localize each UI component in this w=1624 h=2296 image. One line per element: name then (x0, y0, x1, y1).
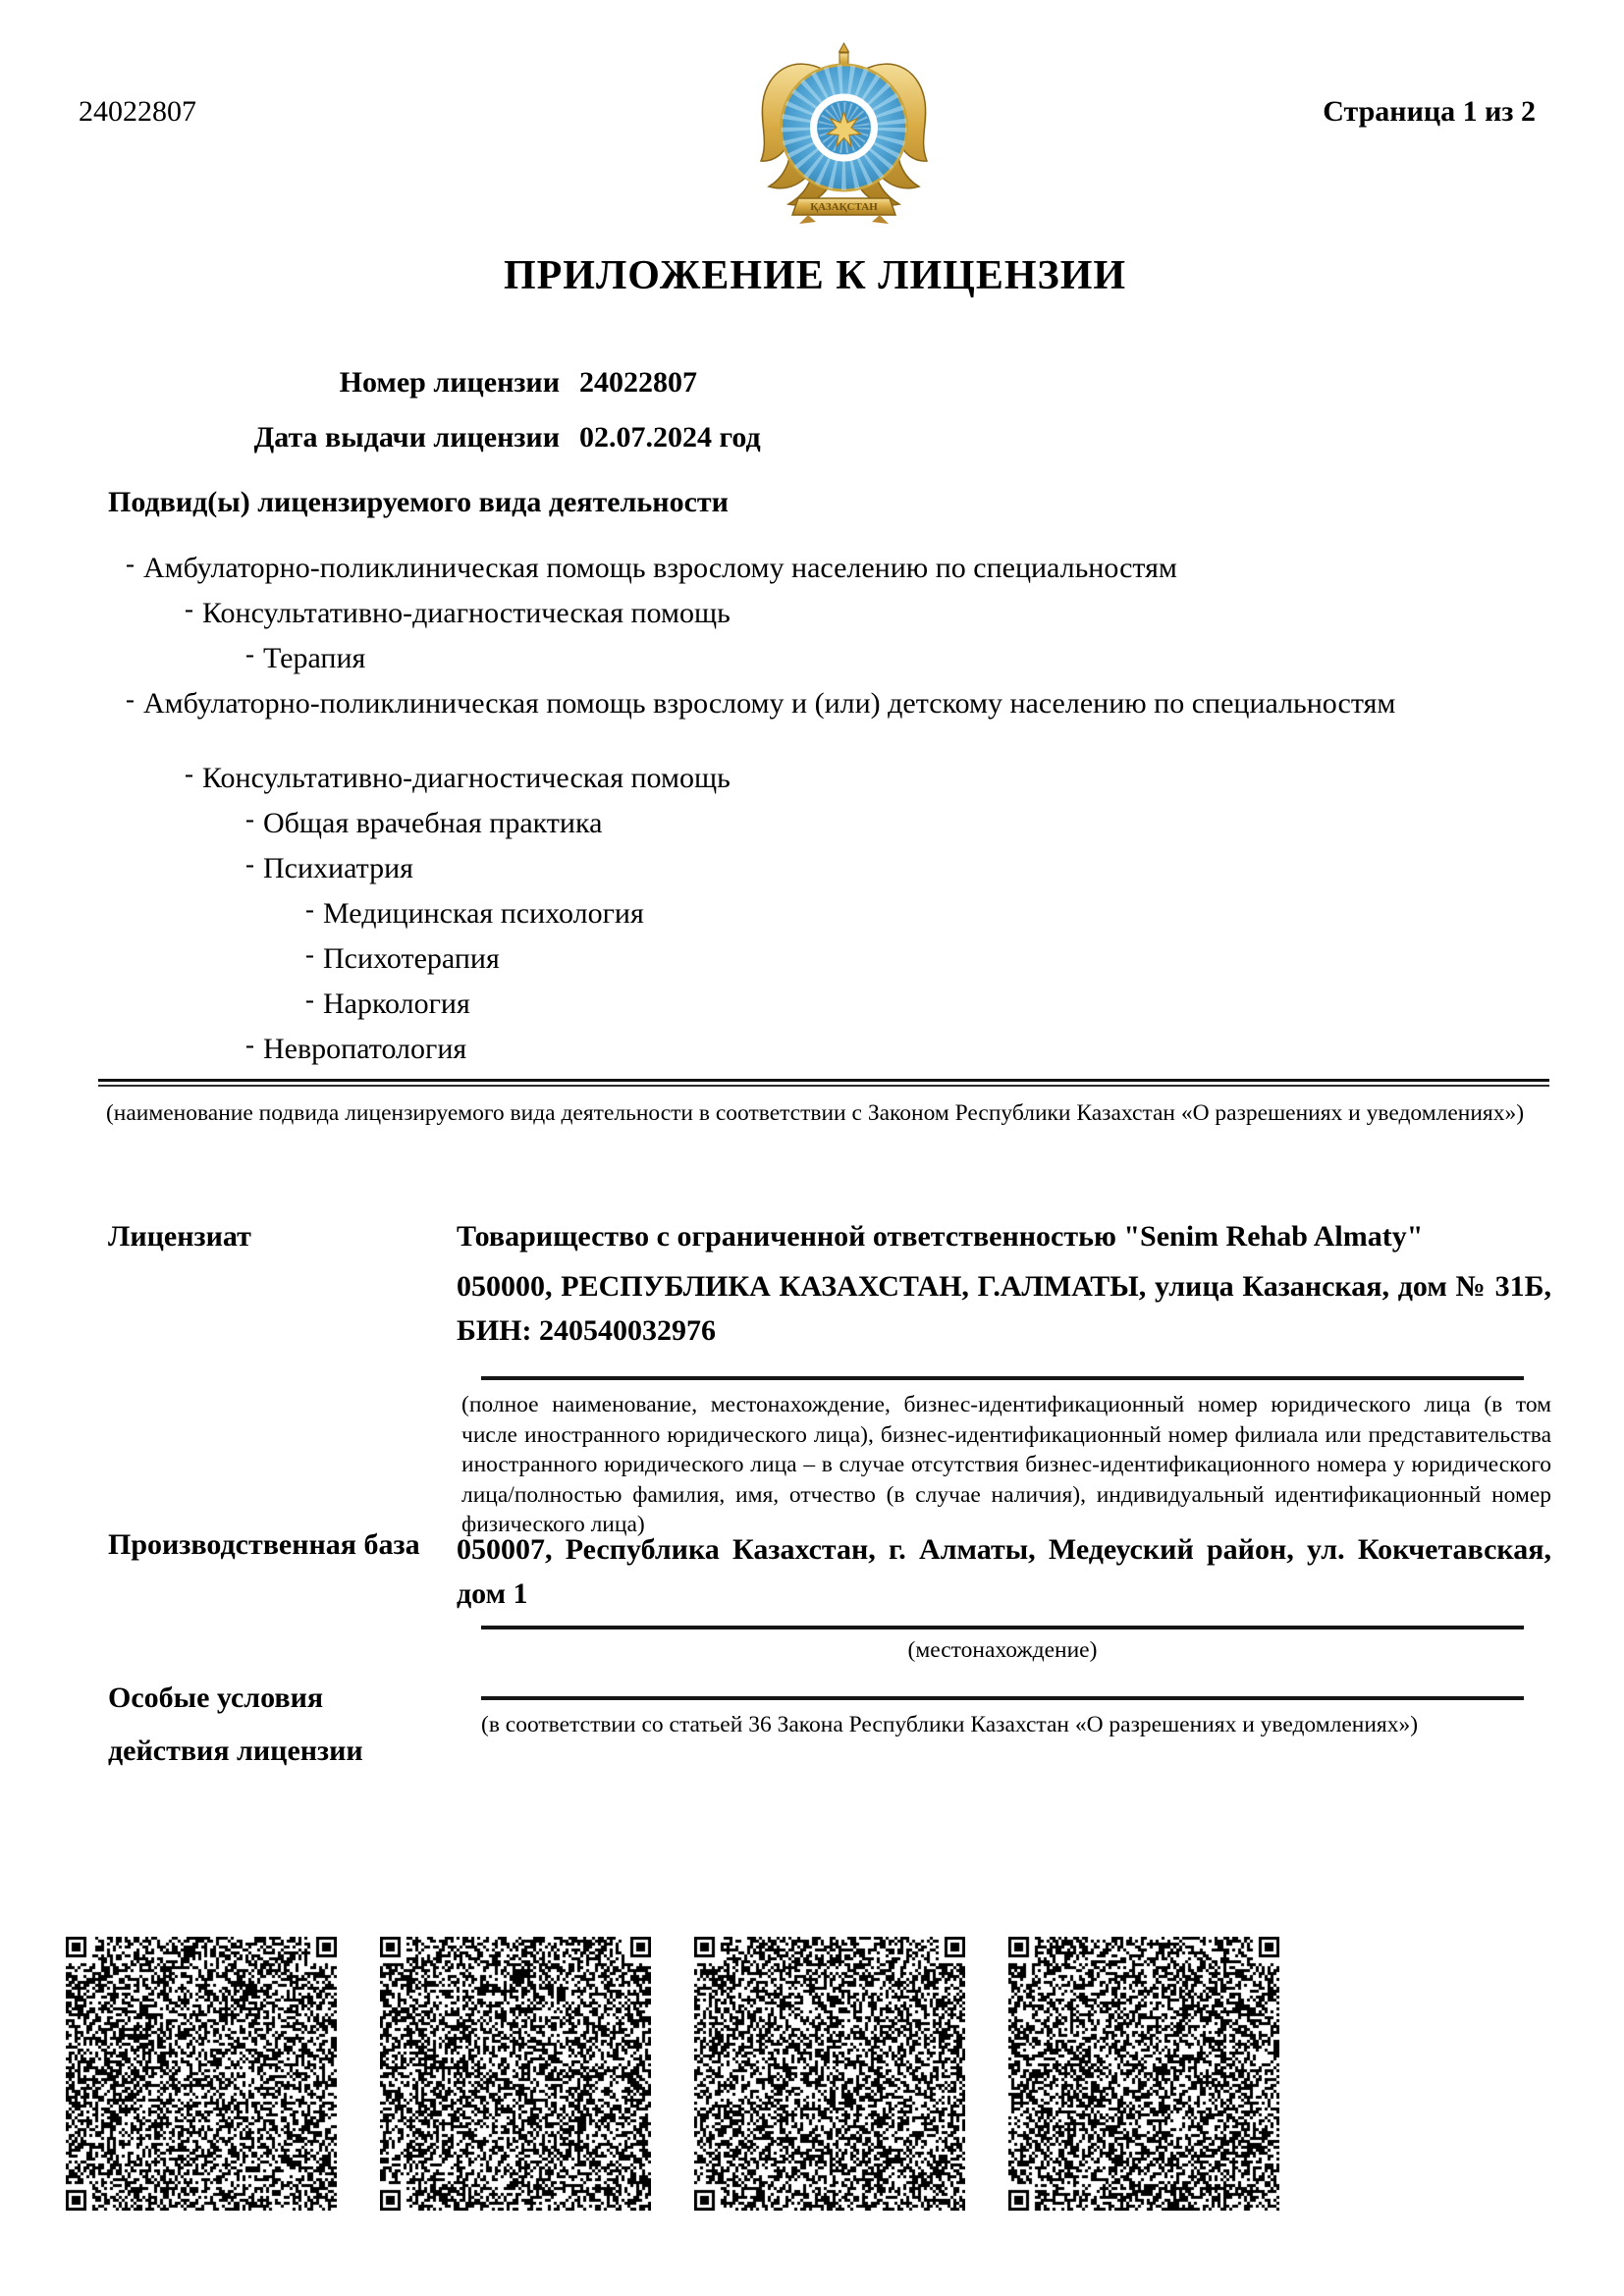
license-appendix-page: 24022807 Страница 1 из 2 (0, 0, 1624, 2296)
special-conditions-footnote: (в соответствии со статьей 36 Закона Рес… (481, 1710, 1542, 1739)
page-indicator: Страница 1 из 2 (1133, 94, 1536, 130)
dash-marker (245, 1023, 254, 1067)
document-number: 24022807 (79, 94, 196, 130)
list-item-label: Невропатология (263, 1033, 466, 1065)
list-item-label: Общая врачебная практика (263, 807, 602, 839)
qr-code-1 (66, 1937, 337, 2211)
list-item-label: Терапия (263, 642, 365, 674)
dash-marker (126, 677, 135, 721)
dash-marker (245, 797, 254, 841)
license-date-label: Дата выдачи лицензии (108, 420, 560, 455)
license-number-label: Номер лицензии (108, 365, 560, 400)
production-base-divider (481, 1626, 1524, 1629)
list-item: Консультативно-диагностическая помощь (185, 591, 1624, 636)
emblem-banner-tail-left (799, 215, 816, 224)
list-item: Терапия (245, 636, 1624, 681)
production-base-label: Производственная база (108, 1527, 432, 1563)
kazakhstan-emblem-icon: ҚАЗАҚСТАН (743, 37, 945, 226)
licensee-label: Лицензиат (108, 1219, 251, 1255)
dash-marker (245, 632, 254, 676)
special-conditions-divider (481, 1696, 1524, 1700)
list-item-label: Консультативно-диагностическая помощь (202, 597, 731, 629)
dash-marker (126, 542, 135, 586)
section-divider (98, 1079, 1549, 1087)
emblem-banner-text: ҚАЗАҚСТАН (810, 201, 878, 213)
list-item: Амбулаторно-поликлиническая помощь взрос… (126, 546, 1624, 591)
list-item: Психиатрия (245, 846, 1624, 891)
page-title: ПРИЛОЖЕНИЕ К ЛИЦЕНЗИИ (0, 253, 1624, 298)
dash-marker (245, 842, 254, 886)
dash-marker (305, 933, 314, 977)
dash-marker (185, 587, 193, 631)
list-item-label: Амбулаторно-поликлиническая помощь взрос… (143, 687, 1395, 720)
list-item-label: Наркология (323, 988, 470, 1020)
dash-marker (305, 887, 314, 932)
license-date-value: 02.07.2024 год (579, 420, 761, 455)
qr-code-2 (380, 1937, 651, 2211)
licensee-name: Товарищество с ограниченной ответственно… (457, 1219, 1423, 1255)
qr-code-3 (694, 1937, 965, 2211)
list-item-label: Медицинская психология (323, 897, 644, 930)
list-item: Общая врачебная практика (245, 801, 1624, 846)
special-conditions-label-line2: действия лицензии (108, 1734, 363, 1769)
emblem-banner-tail-right (872, 215, 889, 224)
dash-marker (305, 978, 314, 1022)
list-item-label: Амбулаторно-поликлиническая помощь взрос… (143, 552, 1177, 584)
licensee-address: 050000, РЕСПУБЛИКА КАЗАХСТАН, Г.АЛМАТЫ, … (457, 1264, 1551, 1353)
list-item: Амбулаторно-поликлиническая помощь взрос… (126, 681, 1624, 726)
list-item: Медицинская психология (305, 891, 1624, 936)
production-base-footnote: (местонахождение) (481, 1635, 1524, 1665)
subtypes-list: Амбулаторно-поликлиническая помощь взрос… (0, 546, 1624, 1072)
list-item: Невропатология (245, 1027, 1624, 1072)
subtypes-heading: Подвид(ы) лицензируемого вида деятельнос… (108, 485, 729, 520)
qr-code-4 (1008, 1937, 1279, 2211)
coat-of-arms: ҚАЗАҚСТАН (743, 37, 945, 231)
production-base-value: 050007, Республика Казахстан, г. Алматы,… (457, 1527, 1551, 1616)
special-conditions-label-line1: Особые условия (108, 1681, 323, 1716)
emblem-finial-tip (839, 43, 849, 52)
list-item: Консультативно-диагностическая помощь (185, 756, 1624, 801)
list-item-label: Психиатрия (263, 852, 413, 884)
list-item: Наркология (305, 982, 1624, 1027)
license-number-value: 24022807 (579, 365, 697, 400)
list-item-label: Психотерапия (323, 942, 500, 975)
licensee-footnote: (полное наименование, местонахождение, б… (461, 1390, 1551, 1540)
licensee-divider (481, 1376, 1524, 1380)
dash-marker (185, 752, 193, 796)
list-item-label: Консультативно-диагностическая помощь (202, 762, 731, 794)
subtypes-footnote: (наименование подвида лицензируемого вид… (93, 1095, 1537, 1131)
list-item: Психотерапия (305, 936, 1624, 982)
